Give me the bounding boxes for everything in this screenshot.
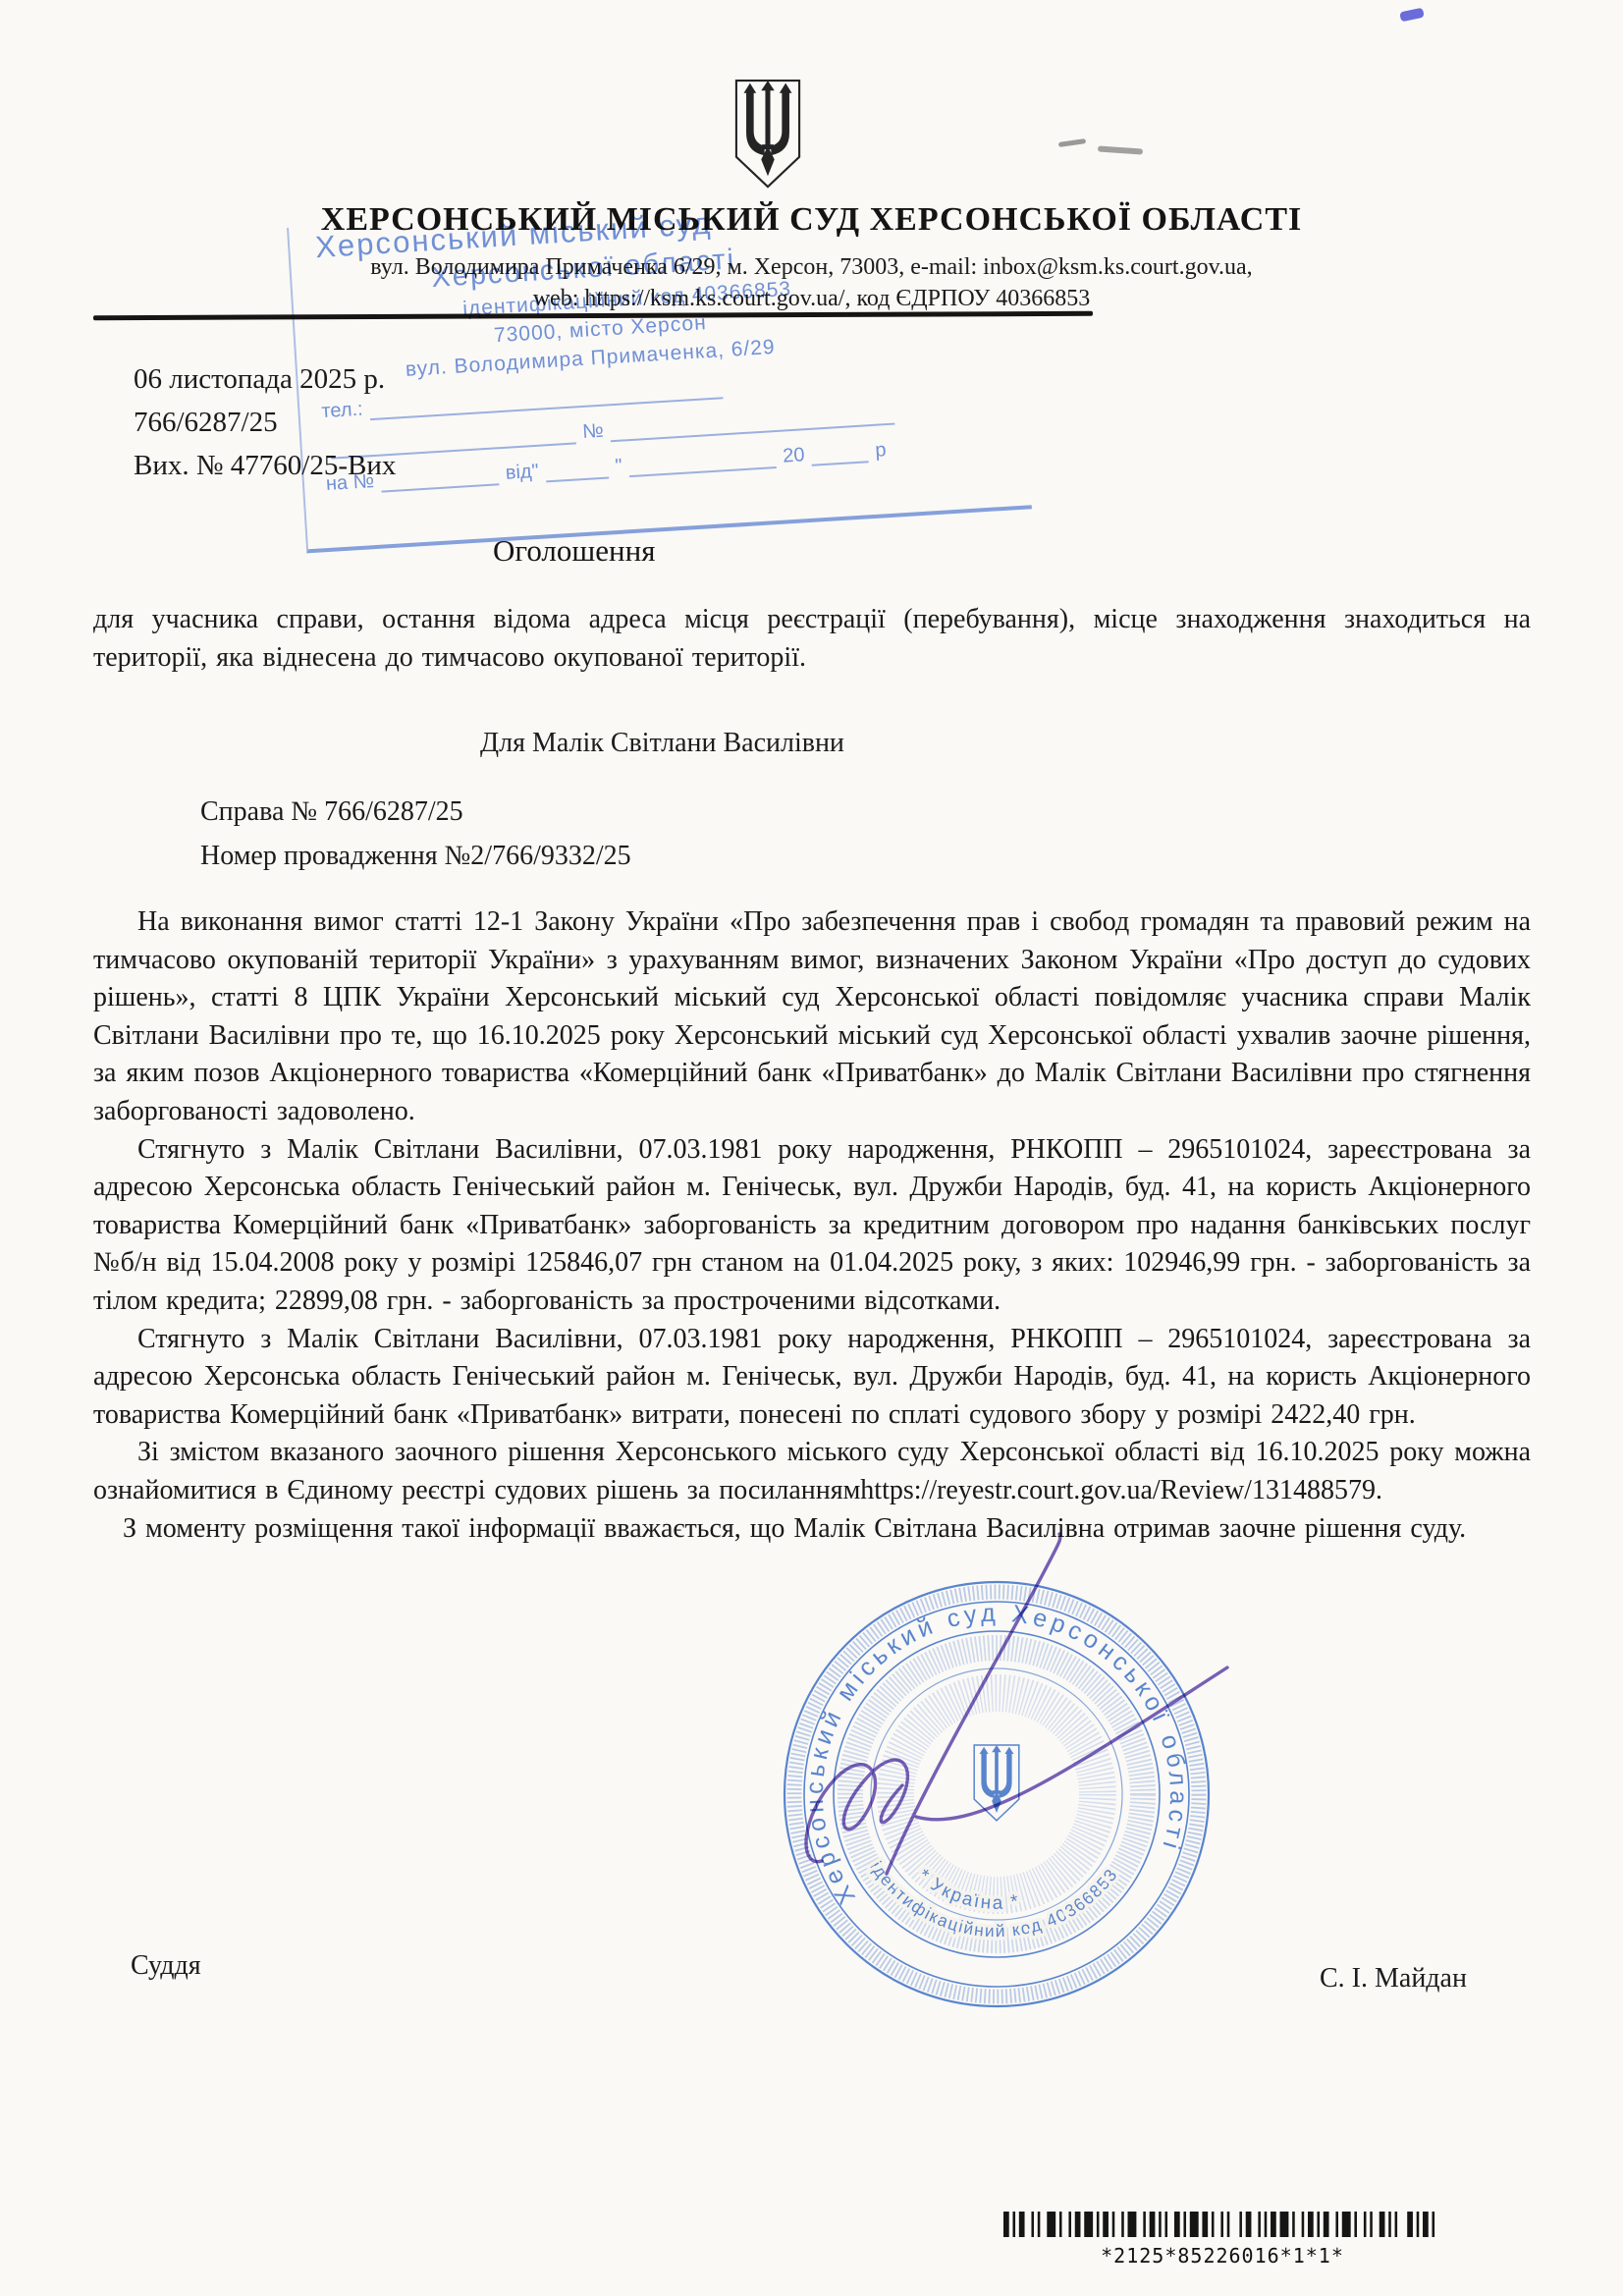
body-paragraph-3: Стягнуто з Малік Світлани Василівни, 07.… xyxy=(93,1321,1531,1435)
stamp-blank-line xyxy=(381,467,500,492)
stamp-blank-line xyxy=(811,445,869,466)
body-paragraph-2: Стягнуто з Малік Світлани Василівни, 07.… xyxy=(93,1131,1531,1321)
court-ink-stamp: Херсонський міський суд Херсонської обла… xyxy=(287,184,1032,554)
stamp-vid-label: від xyxy=(505,461,532,485)
stamp-blank-line xyxy=(610,408,895,443)
stamp-year-label: 20 xyxy=(783,444,806,467)
case-info-block: Справа № 766/6287/25 Номер провадження №… xyxy=(200,790,631,878)
scan-artifact xyxy=(1399,8,1425,23)
stamp-blank-line xyxy=(330,426,576,459)
ukraine-trident-emblem-icon xyxy=(730,75,805,194)
stamp-blank-line xyxy=(545,461,609,482)
scanned-court-document: ХЕРСОНСЬКИЙ МІСЬКИЙ СУД ХЕРСОНСЬКОЇ ОБЛА… xyxy=(0,0,1623,2296)
body-paragraph-4: Зі змістом вказаного заочного рішення Хе… xyxy=(93,1434,1531,1509)
document-title: Оголошення xyxy=(493,533,655,569)
scan-artifact xyxy=(1058,138,1086,147)
stamp-r-label: р xyxy=(875,439,888,463)
barcode-block: *2125*85226016*1*1* xyxy=(1003,2212,1441,2268)
judge-label: Суддя xyxy=(131,1950,201,1982)
case-line: Справа № 766/6287/25 xyxy=(200,790,631,834)
stamp-quote-close: " xyxy=(615,456,623,478)
intro-paragraph: для учасника справи, остання відома адре… xyxy=(93,600,1531,677)
body-paragraph-1: На виконання вимог статті 12-1 Закону Ук… xyxy=(93,903,1531,1131)
document-body: На виконання вимог статті 12-1 Закону Ук… xyxy=(93,903,1531,1548)
barcode-icon xyxy=(1003,2212,1441,2238)
stamp-quote-open: " xyxy=(531,461,540,483)
stamp-na-no-label: на № xyxy=(325,470,374,496)
scan-artifact xyxy=(1098,145,1143,154)
barcode-text: *2125*85226016*1*1* xyxy=(1003,2244,1441,2268)
proceeding-line: Номер провадження №2/766/9332/25 xyxy=(200,834,631,878)
stamp-blank-line xyxy=(369,381,723,420)
stamp-tel-label: тел.: xyxy=(321,399,364,424)
judge-signature xyxy=(781,1522,1252,1915)
stamp-blank-line xyxy=(628,451,777,477)
judge-name: С. І. Майдан xyxy=(1320,1963,1467,1995)
stamp-no-label: № xyxy=(582,420,605,444)
addressee-line: Для Малік Світлани Василівни xyxy=(480,728,844,759)
